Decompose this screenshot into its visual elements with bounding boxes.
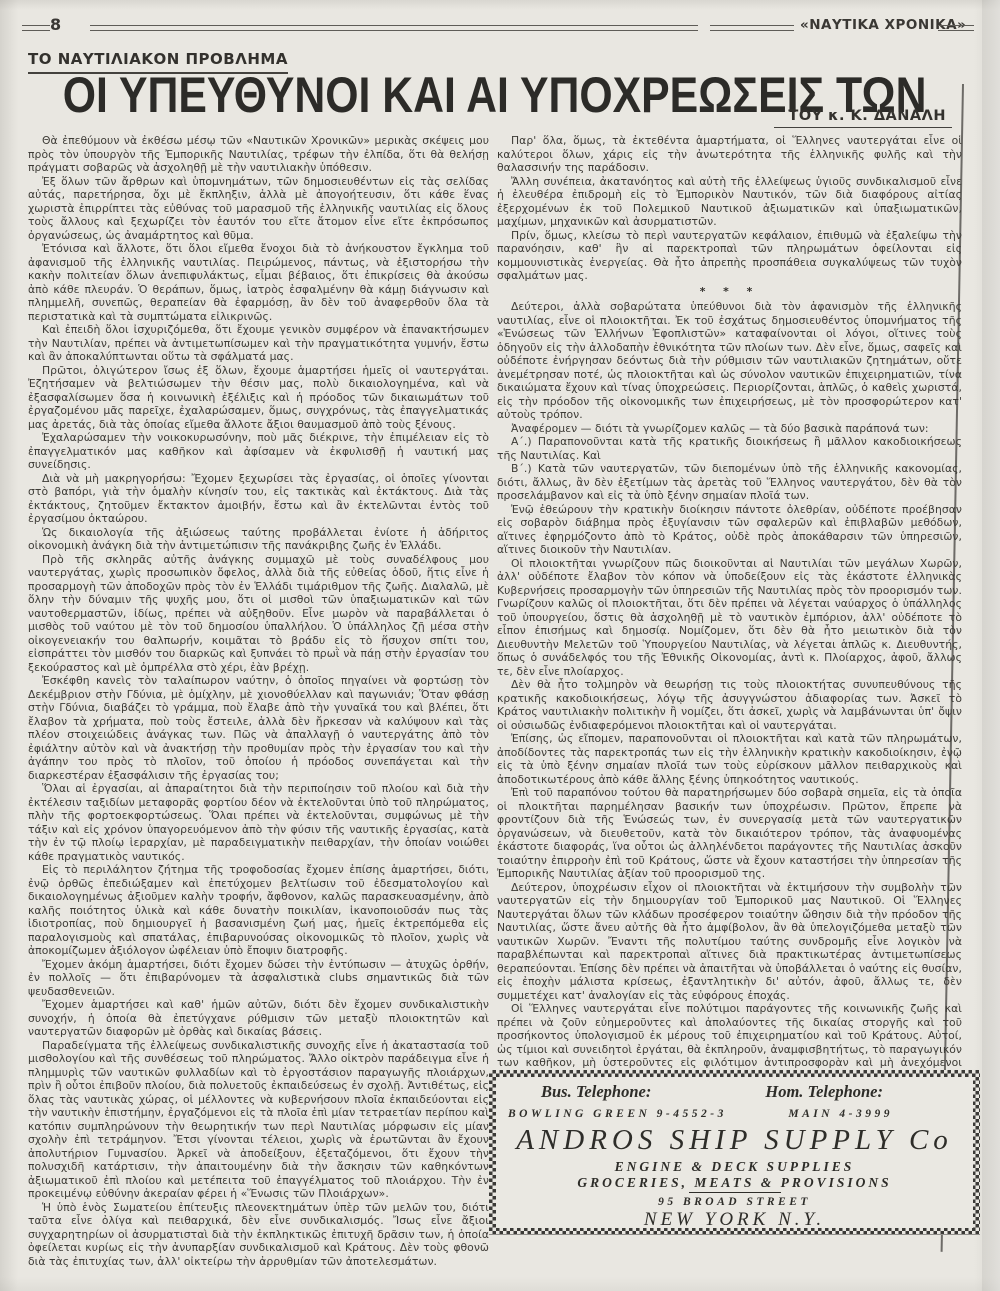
article-paragraph: Ἡ ὑπὸ ἑνὸς Σωματείου ἐπίτευξις πλεονεκτη… bbox=[28, 1201, 489, 1269]
article-paragraph: Ἐνῷ ἐθεώρουν τὴν κρατικὴν διοίκησιν πάντ… bbox=[497, 503, 962, 557]
article-paragraph: Β΄.) Κατὰ τῶν ναυτεργατῶν, τῶν διεπομένω… bbox=[497, 462, 962, 503]
article-paragraph: Δὲν θὰ ἦτο τολμηρὸν νὰ θεωρήσῃ τις τοὺς … bbox=[497, 678, 962, 732]
section-separator-stars: * * * bbox=[497, 285, 962, 299]
ad-bus-telephone-label: Bus. Telephone: bbox=[541, 1082, 651, 1102]
article-paragraph: Ἔχομεν ἁμαρτήσει καὶ καθ' ἡμῶν αὐτῶν, δι… bbox=[28, 998, 489, 1039]
ad-city: NEW YORK N.Y. bbox=[644, 1209, 825, 1231]
article-paragraph: Ἐξ ὅλων τῶν ἄρθρων καὶ ὑπομνημάτων, τῶν … bbox=[28, 175, 489, 243]
ad-bus-phone-number: BOWLING GREEN 9-4552-3 bbox=[508, 1108, 727, 1120]
article-paragraph: Πρίν, ὅμως, κλείσω τὸ περὶ ναυτεργατῶν κ… bbox=[497, 229, 962, 283]
ad-divider bbox=[689, 1192, 781, 1193]
header-rule-left bbox=[22, 25, 50, 31]
article-paragraph: Ἐτόνισα καὶ ἄλλοτε, ὅτι ὅλοι εἴμεθα ἔνοχ… bbox=[28, 242, 489, 323]
article-paragraph: Παρ' ὅλα, ὅμως, τὰ ἐκτεθέντα ἁμαρτήματα,… bbox=[497, 134, 962, 175]
article-paragraph: Θὰ ἐπεθύμουν νὰ ἐκθέσω μέσῳ τῶν «Ναυτικῶ… bbox=[28, 134, 489, 175]
ad-hom-phone-number: MAIN 4-3999 bbox=[788, 1108, 893, 1120]
article-paragraph: Παραδείγματα τῆς ἐλλείψεως συνδικαλιστικ… bbox=[28, 1039, 489, 1201]
article-column-left: Θὰ ἐπεθύμουν νὰ ἐκθέσω μέσῳ τῶν «Ναυτικῶ… bbox=[28, 134, 489, 1268]
ad-street-address: 95 BROAD STREET bbox=[658, 1196, 811, 1208]
ad-hom-telephone-label: Hom. Telephone: bbox=[765, 1082, 883, 1102]
magazine-page-scan: { "page": { "number": "8", "masthead": "… bbox=[0, 0, 1000, 1291]
article-paragraph: Καὶ ἐπειδὴ ὅλοι ἰσχυριζόμεθα, ὅτι ἔχουμε… bbox=[28, 323, 489, 364]
article-column-right: Παρ' ὅλα, ὅμως, τὰ ἐκτεθέντα ἁμαρτήματα,… bbox=[497, 134, 962, 1128]
header-rule-middle bbox=[90, 25, 698, 31]
page-edge-shadow bbox=[982, 0, 1000, 1291]
article-paragraph: Ὡς δικαιολογία τῆς ἀξιώσεως ταύτης προβά… bbox=[28, 526, 489, 553]
ad-phone-numbers: BOWLING GREEN 9-4552-3 MAIN 4-3999 bbox=[496, 1102, 973, 1120]
ad-services-line-1: ENGINE & DECK SUPPLIES bbox=[615, 1159, 855, 1175]
ad-phone-labels: Bus. Telephone: Hom. Telephone: bbox=[496, 1077, 973, 1102]
article-paragraph: Ἔχομεν ἀκόμη ἁμαρτήσει, διότι ἔχομεν δώσ… bbox=[28, 958, 489, 999]
article-paragraph: Εἰς τὸ περιλάλητον ζήτημα τῆς τροφοδοσία… bbox=[28, 863, 489, 958]
header-rule-middle-2 bbox=[710, 25, 794, 31]
article-paragraph: Πρὸ τῆς σκληρᾶς αὐτῆς ἀνάγκης συμμαχῶ μὲ… bbox=[28, 553, 489, 675]
article-paragraph: Ἐπίσης, ὡς εἴπομεν, παραπονοῦνται οἱ πλο… bbox=[497, 732, 962, 786]
ad-company-name: ANDROS SHIP SUPPLY Co bbox=[516, 1124, 953, 1157]
article-paragraph: Οἱ πλοιοκτῆται γνωρίζουν πῶς διοικοῦνται… bbox=[497, 557, 962, 679]
article-paragraph: Πρῶτοι, ὀλιγώτερον ἴσως ἐξ ὅλων, ἔχουμε … bbox=[28, 364, 489, 432]
andros-ship-supply-ad: Bus. Telephone: Hom. Telephone: BOWLING … bbox=[489, 1070, 980, 1235]
article-paragraph: Ἀναφέρομεν — διότι τὰ γνωρίζομεν καλῶς —… bbox=[497, 422, 962, 436]
article-paragraph: Δεύτερον, ὑποχρέωσιν εἶχον οἱ πλοιοκτῆτα… bbox=[497, 881, 962, 1003]
page-number: 8 bbox=[50, 15, 61, 34]
header-rule-right bbox=[938, 25, 974, 31]
article-paragraph: Ἐσκέφθη κανεὶς τὸν ταλαίπωρον ναύτην, ὁ … bbox=[28, 674, 489, 782]
article-paragraph: Δεύτεροι, ἀλλὰ σοβαρώτατα ὑπεύθυνοι διὰ … bbox=[497, 300, 962, 422]
article-paragraph: Διὰ νὰ μὴ μακρηγορήσω: Ἔχομεν ξεχωρίσει … bbox=[28, 472, 489, 526]
article-paragraph: Ἐπὶ τοῦ παραπόνου τούτου θὰ παρατηρήσωμε… bbox=[497, 786, 962, 881]
article-paragraph: Ὅλαι αἱ ἐργασίαι, αἱ ἀπαραίτητοι διὰ τὴν… bbox=[28, 782, 489, 863]
article-paragraph: Ἄλλη συνέπεια, ἀκατανόητος καὶ αὐτὴ τῆς … bbox=[497, 175, 962, 229]
author-byline: ΤΟΥ κ. Κ. ΔΑΝΑΛΗ bbox=[774, 108, 952, 128]
article-paragraph: Α΄.) Παραπονοῦνται κατὰ τῆς κρατικῆς διο… bbox=[497, 435, 962, 462]
ad-services-line-2: GROCERIES, MEATS & PROVISIONS bbox=[577, 1175, 891, 1191]
article-paragraph: Ἐχαλαρώσαμεν τὴν νοικοκυρωσύνην, ποὺ μᾶς… bbox=[28, 431, 489, 472]
ad-content: Bus. Telephone: Hom. Telephone: BOWLING … bbox=[496, 1077, 973, 1228]
